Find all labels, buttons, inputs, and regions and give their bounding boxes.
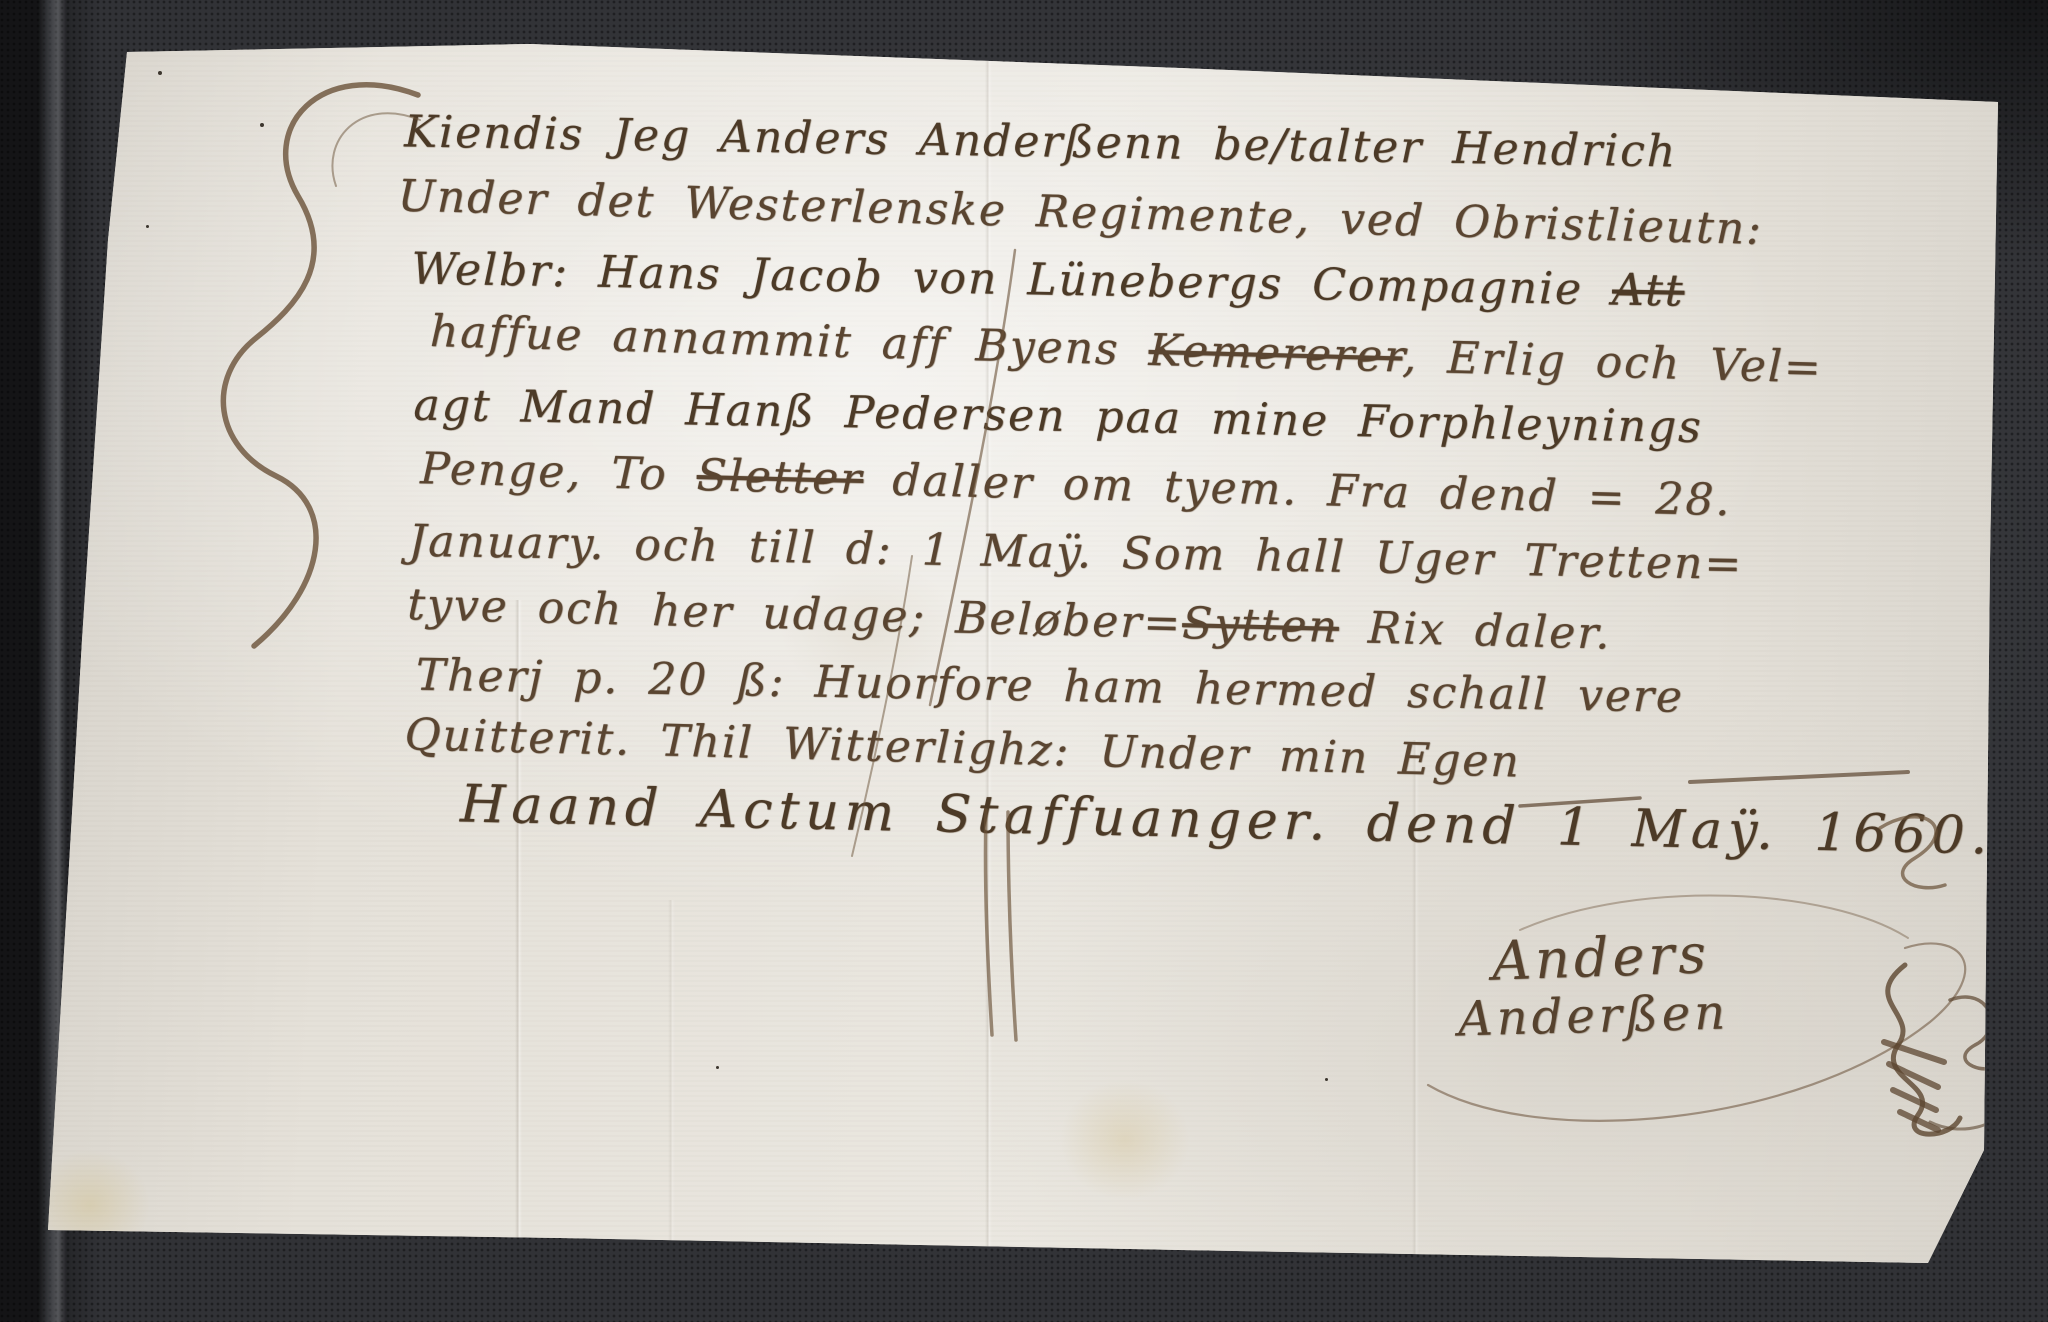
signature-name-line-2: Anderßen (1457, 984, 1729, 1047)
manuscript-line-1: Kiendis Jeg Anders Anderßenn be/talter H… (404, 106, 1678, 177)
descender-stroke-icon (1008, 812, 1016, 1040)
manuscript-line-8: tyve och her udage; Beløber=Sytten Rix d… (407, 579, 1612, 659)
manuscript-line-3: Welbr: Hans Jacob von Lünebergs Compagni… (411, 244, 1685, 317)
signature-monogram-icon (1888, 965, 1960, 1134)
paper-crease (668, 900, 675, 1245)
manuscript-line-2: Under det Westerlenske Regimente, ved Ob… (397, 171, 1763, 255)
date-overline-icon (1690, 772, 1908, 782)
manuscript-line-7: January. och till d: 1 Maÿ. Som hall Uge… (408, 516, 1743, 590)
paper-stain (1060, 1080, 1190, 1200)
signature-name-line-1: Anders (1491, 922, 1711, 993)
ink-speck (146, 225, 149, 228)
document-paper: Kiendis Jeg Anders Anderßenn be/talter H… (0, 0, 2048, 1322)
ink-speck (158, 71, 162, 75)
manuscript-line-11: Haand Actum Staffuanger. dend 1 Maÿ. 166… (460, 774, 1994, 866)
manuscript-line-5: agt Mand Hanß Pedersen paa mine Forphley… (413, 380, 1703, 453)
ink-speck (260, 123, 264, 127)
photographed-manuscript: Kiendis Jeg Anders Anderßenn be/talter H… (0, 0, 2048, 1322)
signature-monogram-icon (1884, 1042, 1944, 1130)
manuscript-line-6: Penge, To Sletter daller om tyem. Fra de… (420, 443, 1733, 526)
opening-flourish-icon (223, 85, 418, 646)
manuscript-text-block: Kiendis Jeg Anders Anderßenn be/talter H… (400, 95, 1800, 124)
ink-speck (1325, 1078, 1328, 1081)
manuscript-line-4: haffue annammit aff Byens Kemererer, Erl… (429, 306, 1823, 393)
paper-crease (985, 60, 992, 1250)
manuscript-line-9: Therj p. 20 ß: Huorfore ham hermed schal… (415, 650, 1684, 723)
ink-speck (716, 1066, 719, 1069)
